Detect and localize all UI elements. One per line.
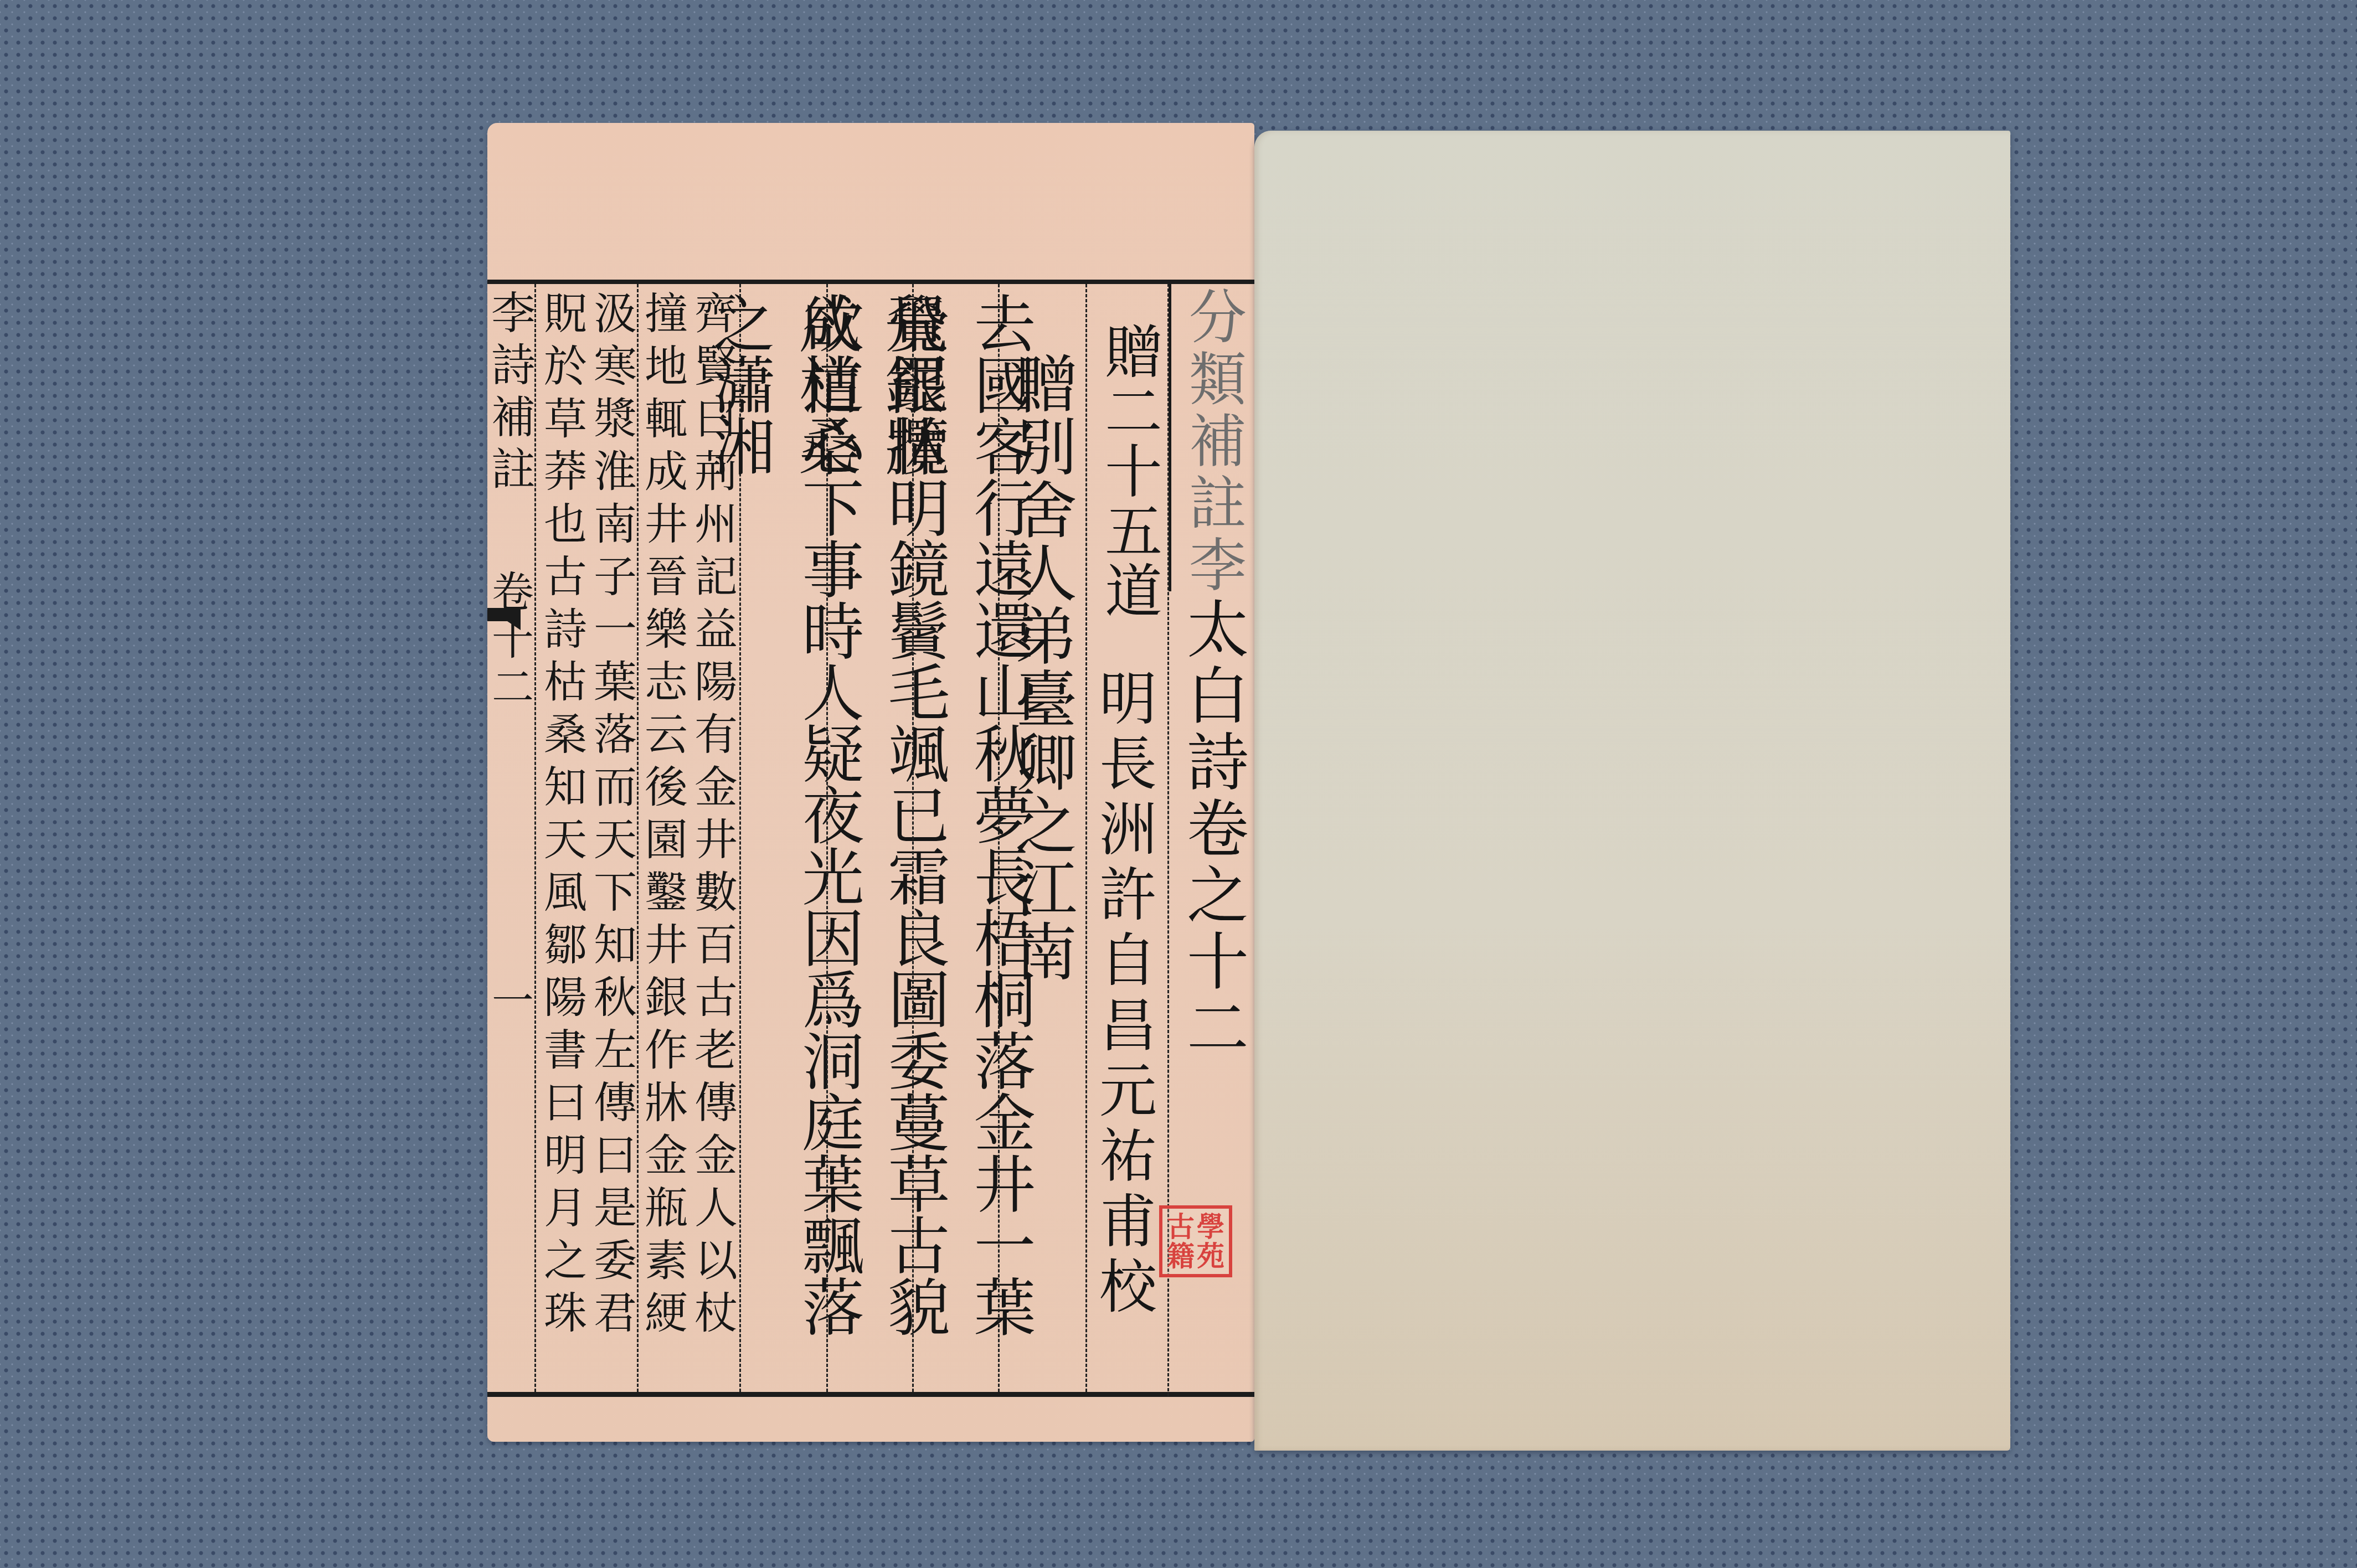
commentary-column-3: 汲寒漿淮南子一葉落而天下知秋左傳曰是委君 — [587, 284, 636, 1392]
editor-credit: 明長洲許自昌元祐甫校 — [1082, 668, 1165, 1322]
poem-title-column: 贈別舍人弟臺卿之江南 — [1000, 284, 1083, 1392]
title-main-part: 太白詩卷之十二 — [1169, 597, 1258, 1062]
commentary-column-2: 撞地輒成井晉樂志云後園鑿井銀作牀金瓶素綆 — [638, 284, 687, 1392]
seal-char: 學 — [1196, 1212, 1226, 1241]
title-faded-part: 分類補註李 — [1171, 287, 1254, 597]
margin-column: 李詩補註 卷十二 一 — [487, 284, 532, 1392]
title-column: 分類補註李 太白詩卷之十二 — [1171, 283, 1254, 1114]
collector-seal: 古 學 籍 苑 — [1159, 1205, 1232, 1277]
seal-char: 苑 — [1196, 1241, 1226, 1271]
poem-line-1: 去國客行遠還山秋夢長梧桐落金井一葉飛銀牀 — [914, 284, 997, 1392]
seal-char: 籍 — [1166, 1241, 1196, 1271]
commentary-column-4: 貺於草莽也古詩枯桑知天風鄒陽書曰明月之珠 — [537, 284, 586, 1392]
left-page: 李詩補註 卷十二 一 貺於草莽也古詩枯桑知天風鄒陽書曰明月之珠 汲寒漿淮南子一葉… — [487, 123, 1254, 1442]
section-heading: 贈二十五道 — [1087, 322, 1170, 621]
poem-title: 贈別舍人弟臺卿之江南 — [997, 352, 1086, 983]
editor-column: 明長洲許自昌元祐甫校 — [1082, 668, 1165, 1388]
right-page-blank-endpaper — [1254, 131, 2010, 1451]
seal-char: 古 — [1166, 1212, 1196, 1241]
